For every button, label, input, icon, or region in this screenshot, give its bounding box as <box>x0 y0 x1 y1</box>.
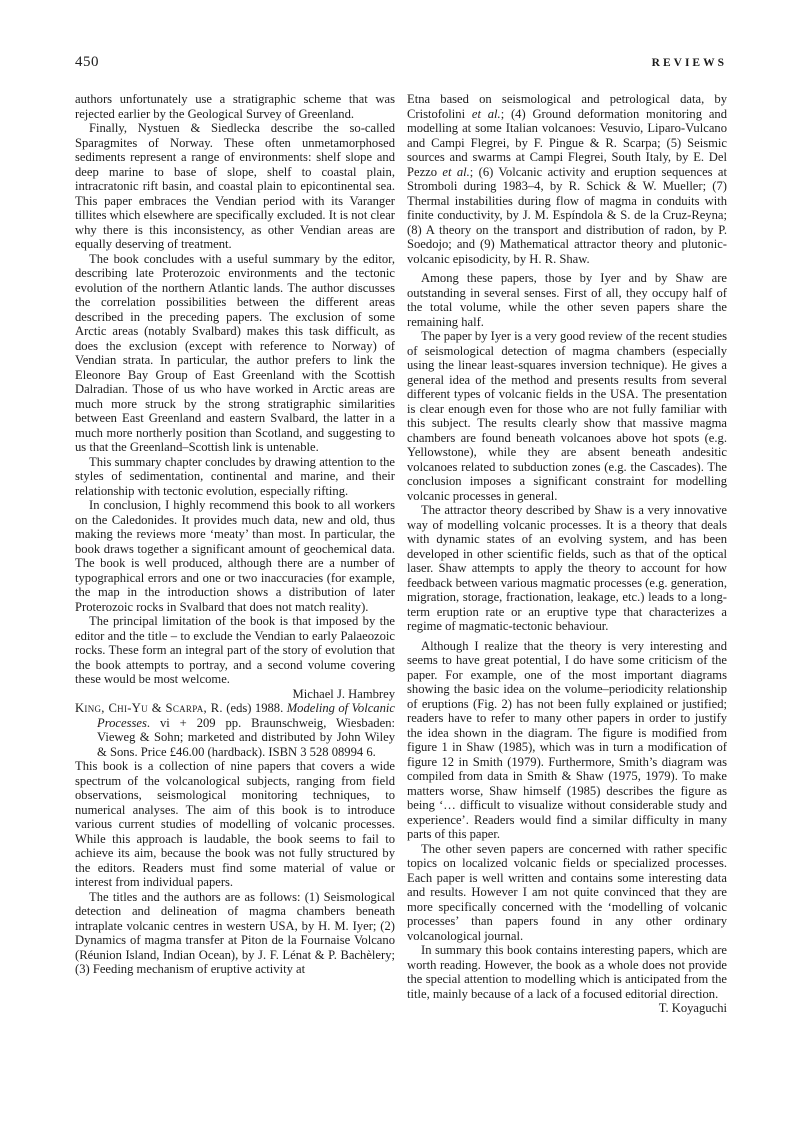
paragraph: The book concludes with a useful summary… <box>75 252 395 455</box>
paragraph: This summary chapter concludes by drawin… <box>75 455 395 499</box>
right-column: Etna based on seismological and petrolog… <box>407 92 727 1016</box>
text-segment: This book is a collection of nine papers… <box>75 759 395 889</box>
reviewer-signature: T. Koyaguchi <box>407 1001 727 1016</box>
page-number: 450 <box>75 54 99 71</box>
reviewer-signature: Michael J. Hambrey <box>75 687 395 702</box>
reference-entry: King, Chi-Yu & Scarpa, R. (eds) 1988. Mo… <box>75 701 395 759</box>
text-segment: et al. <box>442 165 469 179</box>
paragraph: Among these papers, those by Iyer and by… <box>407 271 727 329</box>
text-segment: authors unfortunately use a stratigraphi… <box>75 92 395 121</box>
text-segment: The principal limitation of the book is … <box>75 614 395 686</box>
text-segment: ; (6) Volcanic activity and eruption seq… <box>407 165 727 266</box>
paragraph: In conclusion, I highly recommend this b… <box>75 498 395 614</box>
text-segment: The paper by Iyer is a very good review … <box>407 329 727 503</box>
text-segment: The other seven papers are concerned wit… <box>407 842 727 943</box>
paragraph: authors unfortunately use a stratigraphi… <box>75 92 395 121</box>
text-segment: Although I realize that the theory is ve… <box>407 639 727 842</box>
paragraph: Etna based on seismological and petrolog… <box>407 92 727 266</box>
text-segment: Among these papers, those by Iyer and by… <box>407 271 727 329</box>
running-head: 450 REVIEWS <box>75 54 727 71</box>
text-segment: (eds) 1988. <box>223 701 287 715</box>
text-segment: Finally, Nystuen & Siedlecka describe th… <box>75 121 395 251</box>
journal-page: 450 REVIEWS authors unfortunately use a … <box>0 0 800 1131</box>
text-segment: The book concludes with a useful summary… <box>75 252 395 455</box>
text-segment: This summary chapter concludes by drawin… <box>75 455 395 498</box>
paragraph: In summary this book contains interestin… <box>407 943 727 1001</box>
text-segment: The titles and the authors are as follow… <box>75 890 395 977</box>
paragraph: The attractor theory described by Shaw i… <box>407 503 727 634</box>
paragraph: The paper by Iyer is a very good review … <box>407 329 727 503</box>
paragraph: The titles and the authors are as follow… <box>75 890 395 977</box>
two-column-body: authors unfortunately use a stratigraphi… <box>75 92 727 1016</box>
text-segment: The attractor theory described by Shaw i… <box>407 503 727 633</box>
paragraph: This book is a collection of nine papers… <box>75 759 395 890</box>
paragraph: The principal limitation of the book is … <box>75 614 395 687</box>
paragraph: The other seven papers are concerned wit… <box>407 842 727 944</box>
paragraph: Finally, Nystuen & Siedlecka describe th… <box>75 121 395 252</box>
running-title: REVIEWS <box>652 57 727 69</box>
text-segment: In conclusion, I highly recommend this b… <box>75 498 395 614</box>
text-segment: In summary this book contains interestin… <box>407 943 727 1001</box>
text-segment: et al. <box>472 107 501 121</box>
text-segment: King, Chi-Yu & Scarpa, R. <box>75 701 223 715</box>
paragraph: Although I realize that the theory is ve… <box>407 639 727 842</box>
left-column: authors unfortunately use a stratigraphi… <box>75 92 395 1016</box>
